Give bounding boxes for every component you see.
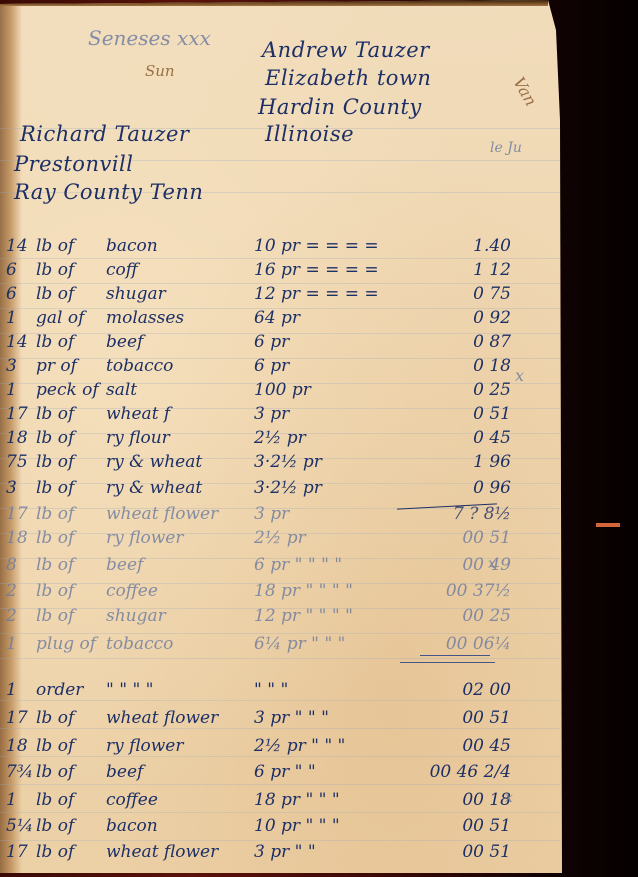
ledger-row: 1peck ofsalt100 pr0 25 [6,380,546,404]
margin-pencil-note: Van [509,74,540,109]
ledger-row: 17lb ofwheat flower3 pr " "00 51 [6,842,546,866]
check-mark-icon: x [515,366,524,385]
ledger-row: 1order" " " "" " "02 00 [6,680,546,704]
ledger-row: 17lb ofwheat flower3 pr " " "00 51 [6,708,546,732]
address-line: Ray County Tenn [14,180,203,204]
address-line: Hardin County [258,95,422,119]
ledger-row: 7¾lb ofbeef6 pr " "00 46 2/4 [6,762,546,786]
ledger-row: 75lb ofry & wheat3·2½ pr1 96 [6,452,546,476]
ledger-row: 17lb ofwheat f3 pr0 51 [6,404,546,428]
ledger-row: 2lb ofcoffee18 pr " " " "00 37½ [6,581,546,605]
ledger-row: 3lb ofry & wheat3·2½ pr0 96 [6,478,546,502]
ledger-row: 3pr oftobacco6 pr0 18 [6,356,546,380]
ledger-row: 17lb ofwheat flower3 pr7 ? 8½ [6,504,546,528]
pencil-note: Sun [145,62,175,80]
address-line: Elizabeth town [265,66,431,90]
ledger-row: 1gal ofmolasses64 pr0 92 [6,308,546,332]
check-mark-icon: x [505,790,513,806]
header-note: Seneses xxx [88,26,211,50]
ledger-row: 18lb ofry flower2½ pr00 51 [6,528,546,552]
address-line: Prestonvill [14,152,134,176]
ledger-row: 18lb ofry flour2½ pr0 45 [6,428,546,452]
ledger-row: 14lb ofbeef6 pr0 87 [6,332,546,356]
ledger-row: 6lb ofshugar12 pr = = = =0 75 [6,284,546,308]
ledger-row: 5¼lb ofbacon10 pr " " "00 51 [6,816,546,840]
ledger-row: 1lb ofcoffee18 pr " " "00 18 [6,790,546,814]
address-line: Richard Tauzer [20,122,189,146]
ledger-row: 6lb ofcoff16 pr = = = =1 12 [6,260,546,284]
ledger-row: 14lb ofbacon10 pr = = = =1.40 [6,236,546,260]
ledger-row: 18lb ofry flower2½ pr " " "00 45 [6,736,546,760]
address-line: Andrew Tauzer [262,38,430,62]
underline-rule [420,655,490,656]
underline-rule [400,662,495,663]
cover-ribbon [596,523,620,527]
ledger-page: Seneses xxx Sun Van le Ju Andrew Tauzer … [0,0,563,873]
ledger-row: 8lb ofbeef6 pr " " " "00 49 [6,555,546,579]
ruled-line [0,658,560,659]
address-line: Illinoise [265,122,354,146]
ruled-line [0,840,560,841]
ledger-row: 2lb ofshugar12 pr " " " "00 25 [6,606,546,630]
check-mark-icon: x [488,556,496,572]
margin-pencil-note: le Ju [490,140,522,156]
